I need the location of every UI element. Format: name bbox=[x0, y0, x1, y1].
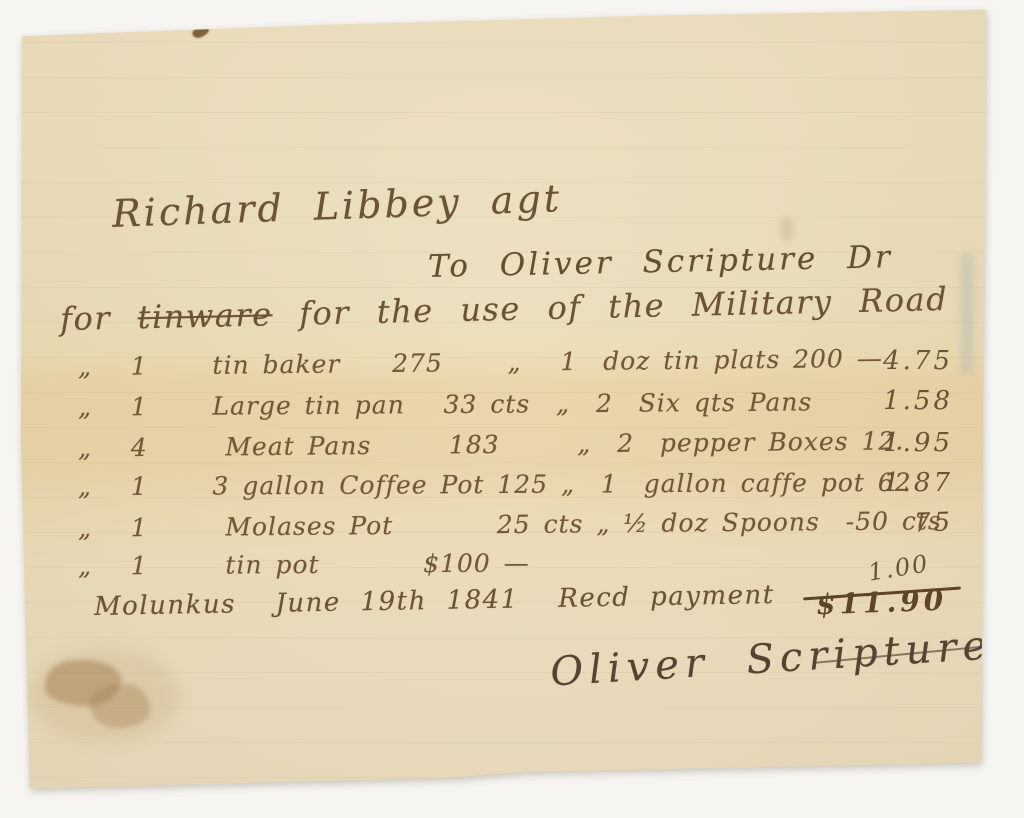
creditor-line: To Oliver Scripture Dr bbox=[428, 239, 894, 285]
dateline: Molunkus June 19th 1841 Recd payment bbox=[94, 580, 775, 622]
signature: Oliver Scripture bbox=[549, 623, 993, 696]
item-row: „ 1 tin baker 275 „ 1 doz tin plats 200 … bbox=[78, 344, 883, 381]
total-amount: $11.90 bbox=[815, 584, 947, 622]
scan-streak bbox=[961, 254, 973, 374]
purpose-post: for the use of the Military Road bbox=[272, 280, 948, 333]
stain-blob bbox=[45, 660, 121, 706]
item-row: „ 1 Molases Pot 25 cts „ ½ doz Spoons -5… bbox=[78, 506, 942, 543]
debtor-line: Richard Libbey agt bbox=[111, 176, 562, 236]
purpose-struck-word: tinware bbox=[137, 295, 273, 336]
item-amount: 1.95 bbox=[883, 428, 953, 458]
smudge bbox=[780, 216, 794, 242]
carry-amount: 1.00 bbox=[866, 549, 931, 586]
item-row: „ 1 Large tin pan 33 cts „ 2 Six qts Pan… bbox=[78, 387, 812, 421]
item-amount: 75 bbox=[913, 507, 953, 538]
purpose-pre: for bbox=[60, 298, 138, 338]
ink-speck bbox=[190, 23, 210, 40]
item-row: „ 4 Meat Pans 183 „ 2 pepper Boxes 12. bbox=[78, 426, 905, 462]
item-amount: 1.58 bbox=[883, 386, 953, 416]
stain-halo bbox=[30, 648, 180, 743]
item-row: „ 1 tin pot $100 — bbox=[78, 548, 530, 580]
item-row: „ 1 3 gallon Coffee Pot 125 „ 1 gallon c… bbox=[78, 468, 912, 501]
scan-background: Richard Libbey agt To Oliver Scripture D… bbox=[0, 0, 1024, 818]
receipt-paper: Richard Libbey agt To Oliver Scripture D… bbox=[20, 8, 987, 794]
stain-blob bbox=[90, 684, 150, 728]
item-amount: 4.75 bbox=[883, 346, 953, 376]
item-amount: 1.87 bbox=[883, 468, 953, 498]
purpose-line: for tinware for the use of the Military … bbox=[60, 280, 949, 338]
